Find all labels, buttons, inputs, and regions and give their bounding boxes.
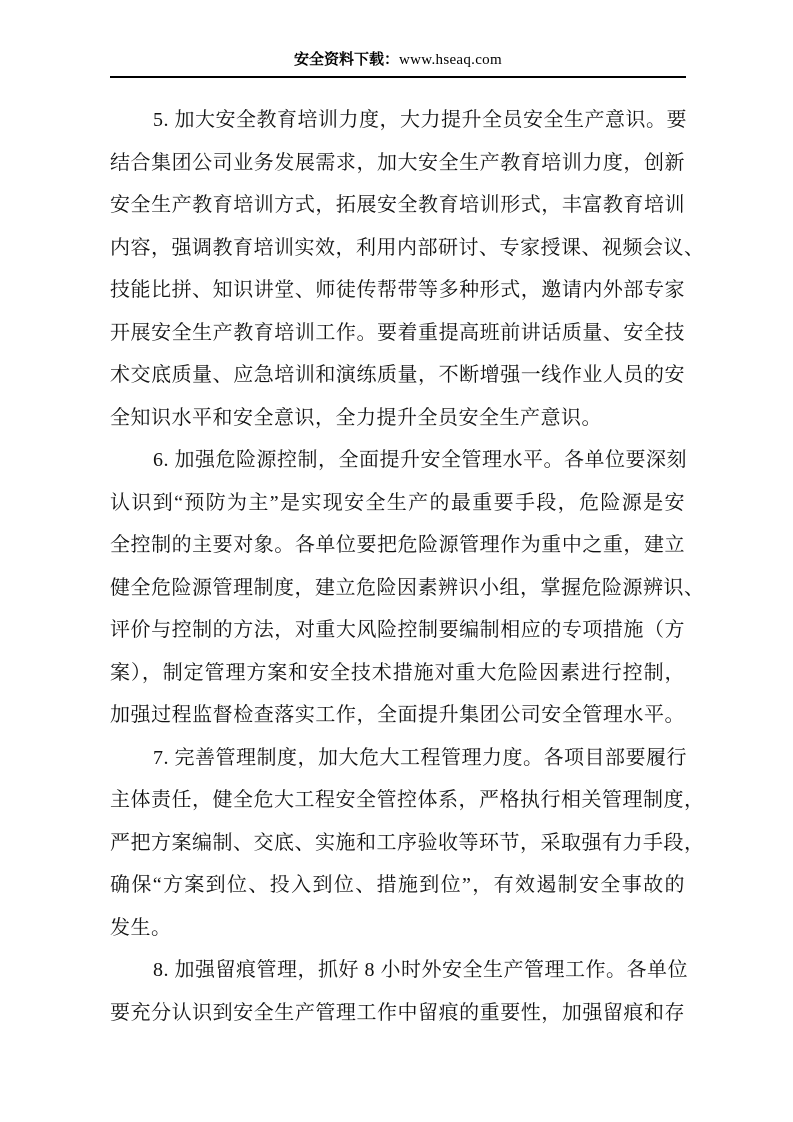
text-line: 案），制定管理方案和安全技术措施对重大危险因素进行控制， <box>110 652 685 695</box>
text-line: 8. 加强留痕管理，抓好 8 小时外安全生产管理工作。各单位 <box>110 949 685 992</box>
header-site-url: www.hseaq.com <box>399 52 502 68</box>
text-line: 技能比拼、知识讲堂、师徒传帮带等多种形式，邀请内外部专家 <box>110 269 685 312</box>
text-line: 全知识水平和安全意识，全力提升全员安全生产意识。 <box>110 397 685 440</box>
text-line: 安全生产教育培训方式，拓展安全教育培训形式，丰富教育培训 <box>110 184 685 227</box>
text-line: 术交底质量、应急培训和演练质量，不断增强一线作业人员的安 <box>110 354 685 397</box>
text-line: 开展安全生产教育培训工作。要着重提高班前讲话质量、安全技 <box>110 312 685 355</box>
document-page: 安全资料下载：www.hseaq.com 5. 加大安全教育培训力度，大力提升全… <box>0 0 793 1122</box>
text-line: 6. 加强危险源控制，全面提升安全管理水平。各单位要深刻 <box>110 439 685 482</box>
text-line: 7. 完善管理制度，加大危大工程管理力度。各项目部要履行 <box>110 737 685 780</box>
text-line: 严把方案编制、交底、实施和工序验收等环节，采取强有力手段， <box>110 822 685 865</box>
text-line: 认识到“预防为主”是实现安全生产的最重要手段，危险源是安 <box>110 482 685 525</box>
text-line: 主体责任，健全危大工程安全管控体系，严格执行相关管理制度， <box>110 779 685 822</box>
text-line: 健全危险源管理制度，建立危险因素辨识小组，掌握危险源辨识、 <box>110 567 685 610</box>
text-line: 确保“方案到位、投入到位、措施到位”，有效遏制安全事故的 <box>110 864 685 907</box>
page-header: 安全资料下载：www.hseaq.com <box>110 0 686 78</box>
text-line: 5. 加大安全教育培训力度，大力提升全员安全生产意识。要 <box>110 99 685 142</box>
text-line: 加强过程监督检查落实工作，全面提升集团公司安全管理水平。 <box>110 694 685 737</box>
text-line: 全控制的主要对象。各单位要把危险源管理作为重中之重，建立 <box>110 524 685 567</box>
text-line: 要充分认识到安全生产管理工作中留痕的重要性，加强留痕和存 <box>110 992 685 1035</box>
text-line: 内容，强调教育培训实效，利用内部研讨、专家授课、视频会议、 <box>110 227 685 270</box>
header-site-label: 安全资料下载： <box>294 51 399 68</box>
text-line: 发生。 <box>110 907 685 950</box>
text-line: 评价与控制的方法，对重大风险控制要编制相应的专项措施（方 <box>110 609 685 652</box>
document-body: 5. 加大安全教育培训力度，大力提升全员安全生产意识。要 结合集团公司业务发展需… <box>110 78 685 1034</box>
text-line: 结合集团公司业务发展需求，加大安全生产教育培训力度，创新 <box>110 142 685 185</box>
